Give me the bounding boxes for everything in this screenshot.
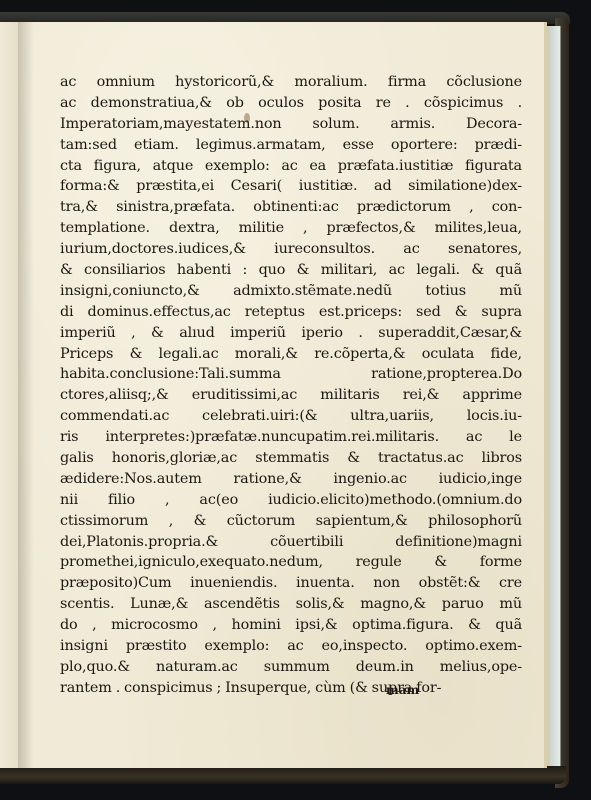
text-line: rantem . conspicimus ; Insuperque, cùm (…: [60, 678, 522, 699]
facing-page-strip: [0, 22, 20, 768]
text-line: plo,quo.& naturam.ac summum deum.in meli…: [60, 657, 522, 678]
catchword: mam: [386, 683, 419, 697]
text-line: dei,Platonis.propria.& cõuertibili defin…: [60, 532, 522, 553]
text-line: di dominus.effectus,ac reteptus est.pric…: [60, 302, 522, 323]
text-line: tam:sed etiam. legimus.armatam, esse opo…: [60, 135, 522, 156]
text-line: præposito)Cum inueniendis. inuenta. non …: [60, 573, 522, 594]
text-line: cta figura, atque exemplo: ac ea præfata…: [60, 156, 522, 177]
text-line: insigni,coniuncto,& admixto.stẽmate.nedũ…: [60, 281, 522, 302]
text-line: & consiliarios habenti : quo & militari,…: [60, 260, 522, 281]
text-line: ctores,aliisq;,& eruditissimi,ac militar…: [60, 385, 522, 406]
text-line: tra,& sinistra,præfata. obtinenti:ac præ…: [60, 197, 522, 218]
text-line: commendati.ac celebrati.uiri:(& ultra,ua…: [60, 406, 522, 427]
text-line: ac demonstratiua,& ob oculos posita re .…: [60, 93, 522, 114]
text-line: ris interpretes:)præfatæ.nuncupatim.rei.…: [60, 427, 522, 448]
text-line: insigni præstito exemplo: ac eo,inspecto…: [60, 636, 522, 657]
gutter-shadow: [18, 22, 34, 768]
text-line: imperiũ , & alıud imperiũ iperio . super…: [60, 323, 522, 344]
book-scan: ac omnium hystoricorũ,& moralium. firma …: [0, 0, 591, 800]
text-line: nii filio , ac(eo iudicio.elicito)method…: [60, 490, 522, 511]
book-cover-bottom-edge: [0, 766, 566, 784]
text-line: ædidere:Nos.autem ratione,& ingenio.ac i…: [60, 469, 522, 490]
text-line: ac omnium hystoricorũ,& moralium. firma …: [60, 72, 522, 93]
printed-page: ac omnium hystoricorũ,& moralium. firma …: [18, 22, 547, 768]
text-line: galis honoris,gloriæ,ac stemmatis & trac…: [60, 448, 522, 469]
text-line: Imperatoriam,mayestatem.non solum. armis…: [60, 114, 522, 135]
text-line: Priceps & legali.ac morali,& re.cõperta,…: [60, 344, 522, 365]
text-line: forma:& præstita,ei Cesari( iustitiæ. ad…: [60, 176, 522, 197]
text-line: templatione. dextra, militie , præfectos…: [60, 218, 522, 239]
body-text: ac omnium hystoricorũ,& moralium. firma …: [60, 72, 522, 699]
text-line: ctissimorum , & cũctorum sapientum,& phi…: [60, 511, 522, 532]
text-line: do , microcosmo , homini ipsi,& optima.f…: [60, 615, 522, 636]
text-line: habita.conclusione:Tali.summa ratione,pr…: [60, 364, 522, 385]
text-line: scentis. Lunæ,& ascendẽtis solis,& magno…: [60, 594, 522, 615]
text-line: promethei,igniculo,exequato.nedum, regul…: [60, 552, 522, 573]
text-line: iurium,doctores.iudices,& iureconsultos.…: [60, 239, 522, 260]
